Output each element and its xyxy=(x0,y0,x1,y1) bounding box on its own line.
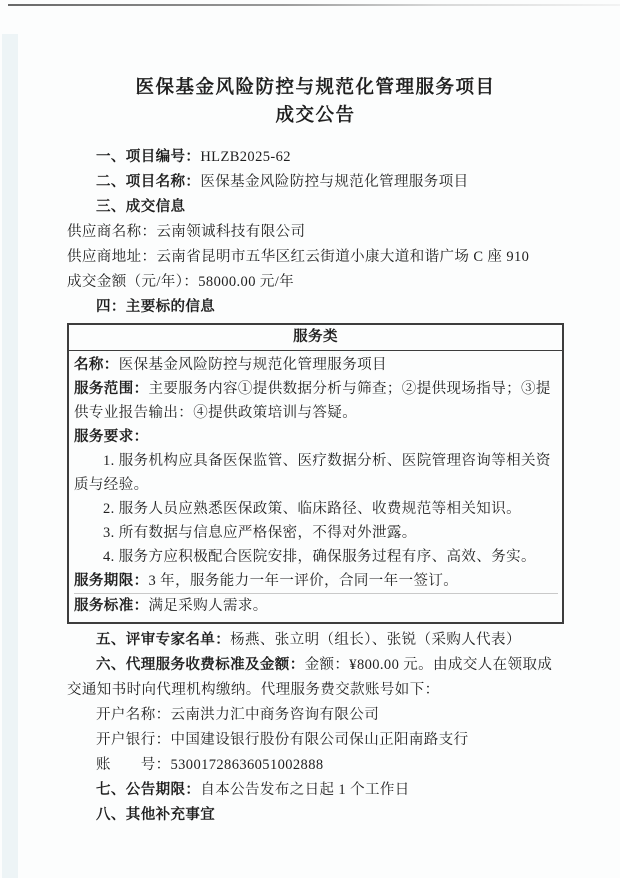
project-number-line: 一、项目编号：HLZB2025-62 xyxy=(67,145,564,170)
service-term-row: 服务期限：3 年，服务能力一年一评价，合同一年一签订。 xyxy=(74,569,558,593)
supplier-address-value: 云南省昆明市五华区红云街道小康大道和谐广场 C 座 910 xyxy=(156,249,529,265)
supplier-name-value: 云南领诚科技有限公司 xyxy=(156,224,305,240)
service-standard-row: 服务标准：满足采购人需求。 xyxy=(74,593,558,618)
service-term-label: 服务期限： xyxy=(74,573,149,589)
supplier-address-line: 供应商地址：云南省昆明市五华区红云街道小康大道和谐广场 C 座 910 xyxy=(67,245,564,270)
other-matters-heading: 八、其他补充事宜 xyxy=(67,803,564,828)
service-requirement-item: 2. 服务人员应熟悉医保政策、临床路径、收费规范等相关知识。 xyxy=(74,497,558,521)
service-requirement-item: 4. 服务方应积极配合医院安排，确保服务过程有序、高效、务实。 xyxy=(74,545,558,569)
project-name-label: 二、项目名称： xyxy=(96,174,200,190)
document-title: 医保基金风险防控与规范化管理服务项目 成交公告 xyxy=(67,74,564,130)
agency-fee-line: 六、代理服务收费标准及金额：金额：¥800.00 元。由成交人在领取成交通知书时… xyxy=(67,653,564,703)
award-info-heading: 三、成交信息 xyxy=(67,195,564,220)
subject-heading: 四：主要标的信息 xyxy=(67,295,564,320)
account-name-label: 开户名称： xyxy=(96,707,171,723)
document-title-line1: 医保基金风险防控与规范化管理服务项目 xyxy=(67,74,564,102)
subject-table-body: 名称：医保基金风险防控与规范化管理服务项目 服务范围：主要服务内容①提供数据分析… xyxy=(69,351,562,622)
project-name-line: 二、项目名称：医保基金风险防控与规范化管理服务项目 xyxy=(67,170,564,195)
account-number-value: 53001728636051002888 xyxy=(171,757,324,773)
subject-info-table: 服务类 名称：医保基金风险防控与规范化管理服务项目 服务范围：主要服务内容①提供… xyxy=(67,323,564,624)
notice-period-line: 七、公告期限：自本公告发布之日起 1 个工作日 xyxy=(67,778,564,803)
service-scope-label: 服务范围： xyxy=(74,381,149,397)
experts-label: 五、评审专家名单： xyxy=(96,632,230,648)
notice-period-label: 七、公告期限： xyxy=(96,782,200,798)
document-title-line2: 成交公告 xyxy=(67,102,564,130)
service-standard-value: 满足采购人需求。 xyxy=(149,598,268,614)
service-requirements-label: 服务要求： xyxy=(74,425,558,449)
service-name-row: 名称：医保基金风险防控与规范化管理服务项目 xyxy=(74,353,558,377)
service-requirement-item: 3. 所有数据与信息应严格保密，不得对外泄露。 xyxy=(74,521,558,545)
account-number-label: 账 号： xyxy=(96,757,171,773)
service-term-value: 3 年，服务能力一年一评价，合同一年一签订。 xyxy=(149,573,459,589)
notice-period-value: 自本公告发布之日起 1 个工作日 xyxy=(200,782,409,798)
project-number-value: HLZB2025-62 xyxy=(200,149,291,165)
service-name-value: 医保基金风险防控与规范化管理服务项目 xyxy=(119,357,387,373)
subject-table-header: 服务类 xyxy=(69,325,562,351)
award-amount-value: 58000.00 元/年 xyxy=(198,274,294,290)
bank-value: 中国建设银行股份有限公司保山正阳南路支行 xyxy=(171,732,469,748)
account-name-value: 云南洪力汇中商务咨询有限公司 xyxy=(171,707,380,723)
account-name-line: 开户名称：云南洪力汇中商务咨询有限公司 xyxy=(67,703,564,728)
service-name-label: 名称： xyxy=(74,357,119,373)
service-requirement-item: 1. 服务机构应具备医保监管、医疗数据分析、医院管理咨询等相关资质与经验。 xyxy=(74,449,558,497)
account-number-line: 账 号：53001728636051002888 xyxy=(67,753,564,778)
supplier-name-line: 供应商名称：云南领诚科技有限公司 xyxy=(67,220,564,245)
document-content: 医保基金风险防控与规范化管理服务项目 成交公告 一、项目编号：HLZB2025-… xyxy=(67,74,564,828)
scan-left-edge-artifact xyxy=(2,34,18,878)
service-standard-label: 服务标准： xyxy=(74,598,149,614)
award-amount-line: 成交金额（元/年）：58000.00 元/年 xyxy=(67,270,564,295)
supplier-name-label: 供应商名称： xyxy=(67,224,156,240)
project-name-value: 医保基金风险防控与规范化管理服务项目 xyxy=(200,174,468,190)
service-scope-row: 服务范围：主要服务内容①提供数据分析与筛查；②提供现场指导；③提供专业报告输出：… xyxy=(74,377,558,425)
project-number-label: 一、项目编号： xyxy=(96,149,200,165)
bank-line: 开户银行：中国建设银行股份有限公司保山正阳南路支行 xyxy=(67,728,564,753)
experts-value: 杨燕、张立明（组长）、张锐（采购人代表） xyxy=(230,632,521,648)
experts-line: 五、评审专家名单：杨燕、张立明（组长）、张锐（采购人代表） xyxy=(67,628,564,653)
agency-fee-label: 六、代理服务收费标准及金额： xyxy=(96,657,305,673)
scan-edge-artifact xyxy=(8,4,620,6)
award-amount-label: 成交金额（元/年）： xyxy=(67,274,198,290)
bank-label: 开户银行： xyxy=(96,732,171,748)
supplier-address-label: 供应商地址： xyxy=(67,249,156,265)
scanned-document-page: 医保基金风险防控与规范化管理服务项目 成交公告 一、项目编号：HLZB2025-… xyxy=(0,0,620,878)
